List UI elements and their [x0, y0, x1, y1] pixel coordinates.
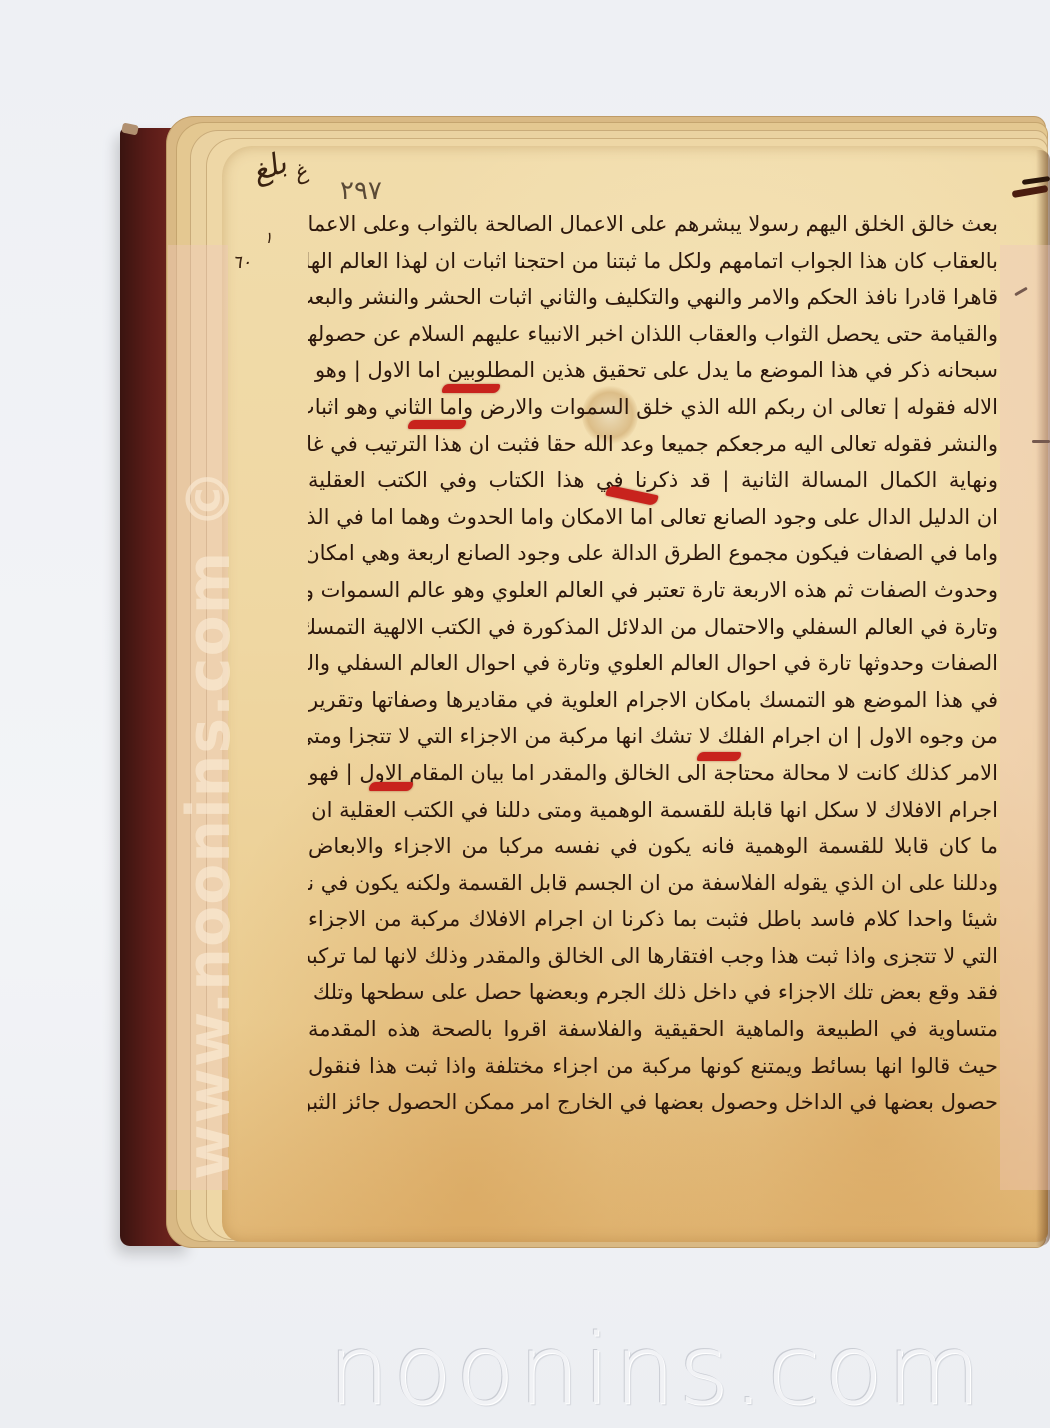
text-line-13: الصفات وحدوثها تارة في احوال العالم العل… [308, 645, 998, 682]
text-line-15: من وجوه الاول | ان اجرام الفلك لا تشك ان… [308, 718, 998, 755]
manuscript-text-block: بعث خالق الخلق اليهم رسولا يبشرهم على ال… [308, 206, 998, 1121]
text-line-14: في هذا الموضع هو التمسك بامكان الاجرام ا… [308, 682, 998, 719]
text-line-21: التي لا تتجزى واذا ثبت هذا وجب افتقارها … [308, 938, 998, 975]
text-line-20: شيئا واحدا كلام فاسد باطل فثبت بما ذكرنا… [308, 901, 998, 938]
text-line-18: ما كان قابلا للقسمة الوهمية فانه يكون في… [308, 828, 998, 865]
text-line-4: والقيامة حتى يحصل الثواب والعقاب اللذان … [308, 316, 998, 353]
text-line-2: بالعقاب كان هذا الجواب اتمامهم ولكل ما ث… [308, 243, 998, 280]
text-line-8: ونهاية الكمال المسالة الثانية | قد ذكرنا… [308, 462, 998, 499]
text-line-22: فقد وقع بعض تلك الاجزاء في داخل ذلك الجر… [308, 974, 998, 1011]
text-line-11: وحدوث الصفات ثم هذه الاربعة تارة تعتبر ف… [308, 572, 998, 609]
margin-note-left-2: ١ [264, 228, 273, 247]
rubrication-mark [369, 782, 413, 791]
text-line-17: اجرام الافلاك لا سكل انها قابلة للقسمة ا… [308, 792, 998, 829]
text-line-23: متساوية في الطبيعة والماهية الحقيقية وال… [308, 1011, 998, 1048]
folio-number: ٢٩٧ [340, 176, 382, 206]
text-line-10: واما في الصفات فيكون مجموع الطرق الدالة … [308, 535, 998, 572]
text-line-24: حيث قالوا انها بسائط ويمتنع كونها مركبة … [308, 1048, 998, 1085]
watermark-vertical-text: www.noonins.com © [174, 468, 244, 1180]
margin-note-left: ٦٠ [232, 252, 251, 273]
text-line-19: ودللنا على ان الذي يقوله الفلاسفة من ان … [308, 865, 998, 902]
text-line-3: قاهرا قادرا نافذ الحكم والامر والنهي وال… [308, 279, 998, 316]
text-line-12: وتارة في العالم السفلي والاحتمال من الدل… [308, 609, 998, 646]
rubrication-mark [697, 752, 741, 761]
text-line-25: حصول بعضها في الداخل وحصول بعضها في الخا… [308, 1084, 998, 1121]
text-line-1: بعث خالق الخلق اليهم رسولا يبشرهم على ال… [308, 206, 998, 243]
watermark-strip-right [1000, 245, 1050, 1190]
text-line-7: والنشر فقوله تعالى اليه مرجعكم جميعا وعد… [308, 426, 998, 463]
text-line-5: سبحانه ذكر في هذا الموضع ما يدل على تحقي… [308, 352, 998, 389]
rubrication-mark [442, 384, 500, 393]
rubrication-mark [408, 420, 466, 429]
watermark-bottom-text: noonins.com [328, 1320, 968, 1420]
manuscript-photo: بلغ غ ٦٠ ١ ٢٩٧ بعث خالق الخلق اليهم رسول… [0, 0, 1050, 1428]
